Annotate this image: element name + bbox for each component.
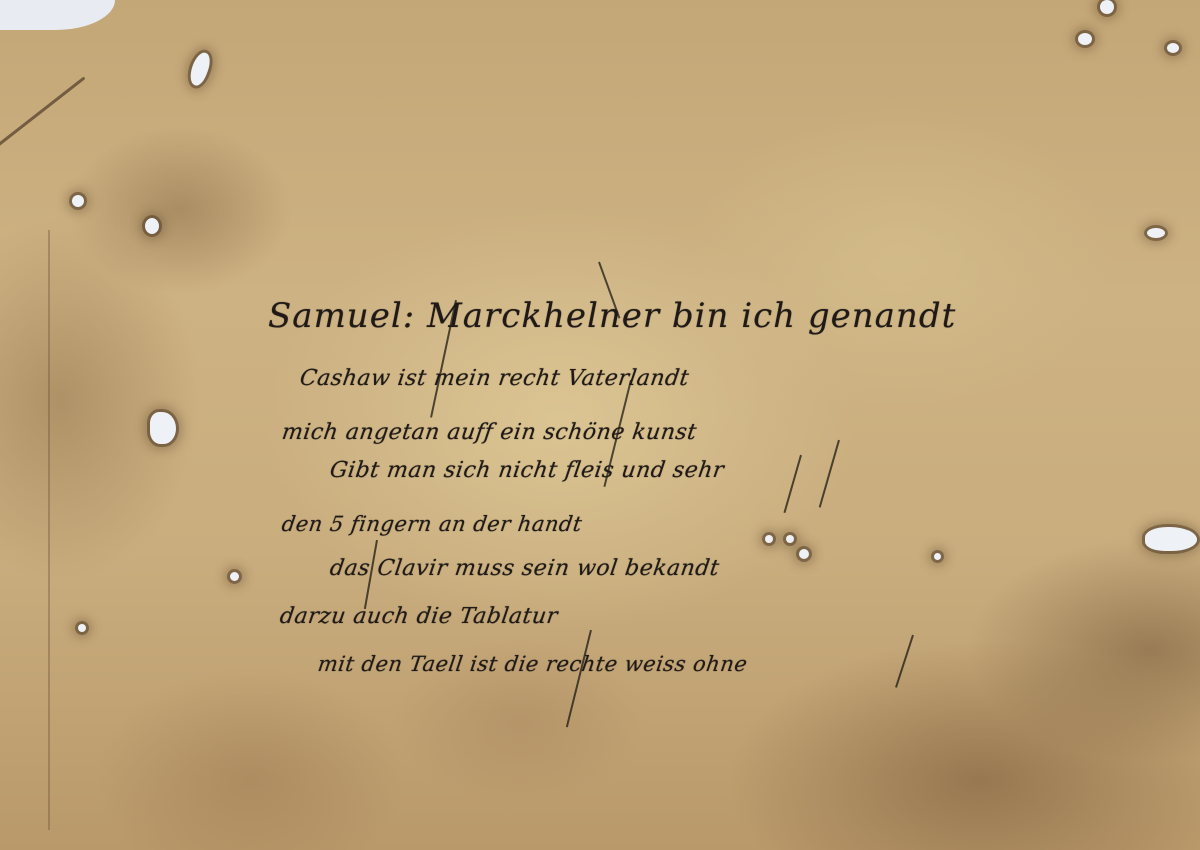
text-line-3: mich angetan auff ein schöne kunst [280,420,698,445]
ink-flourish [895,635,913,688]
text-line-5: den 5 fingern an der handt [280,512,583,536]
text-line-4: Gibt man sich nicht fleis und sehr [328,458,725,483]
text-line-6: das Clavir muss sein wol bekandt [328,556,721,581]
text-line-7: darzu auch die Tablatur [278,604,559,629]
ink-flourish [819,440,840,508]
handwritten-text: Samuel: Marckhelner bin ich genandt Cash… [0,0,1200,850]
ink-flourish [566,630,592,727]
ink-flourish [783,455,801,513]
text-line-2: Cashaw ist mein recht Vaterlandt [298,366,691,391]
text-line-8: mit den Taell ist die rechte weiss ohne [316,652,749,676]
